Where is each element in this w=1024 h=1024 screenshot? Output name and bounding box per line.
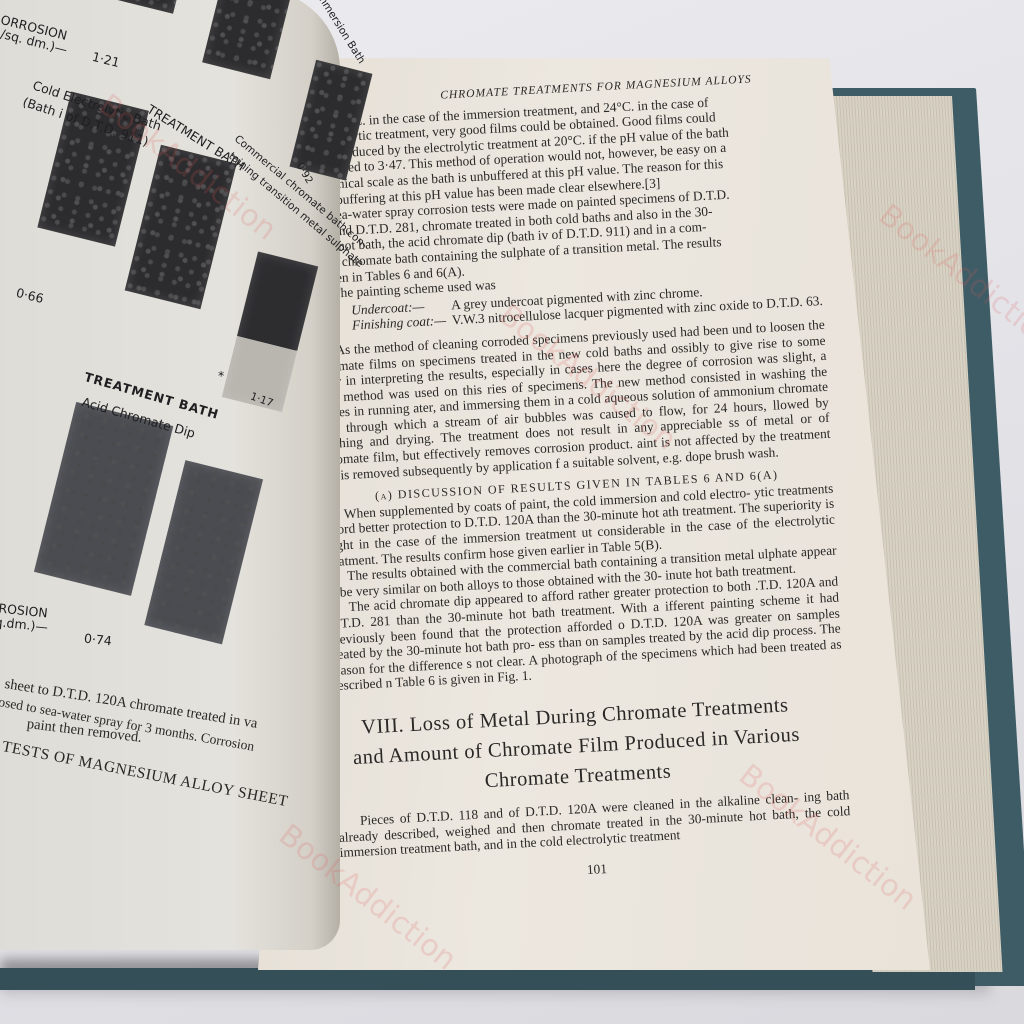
- specimen-photo: [105, 0, 192, 14]
- asterisk-mark: *: [218, 368, 224, 383]
- specimen-photo: [222, 251, 318, 412]
- right-page-text: CHROMATE TREATMENTS FOR MAGNESIUM ALLOYS…: [300, 69, 853, 890]
- left-page: ORROSION /sq. dm.)— 1·21 Cold Immersion …: [0, 0, 340, 950]
- value-label: 0·74: [83, 631, 112, 649]
- specimen-photo: [144, 460, 263, 644]
- specimen-photo: [125, 145, 237, 309]
- paragraph-cleaning-method: As the method of cleaning corroded speci…: [313, 317, 832, 484]
- book-cover-bottom-edge: [0, 968, 975, 990]
- section-heading: VIII. Loss of Metal During Chromate Trea…: [304, 687, 848, 805]
- specimen-photo: [202, 0, 294, 79]
- specimen-photo: [34, 402, 173, 596]
